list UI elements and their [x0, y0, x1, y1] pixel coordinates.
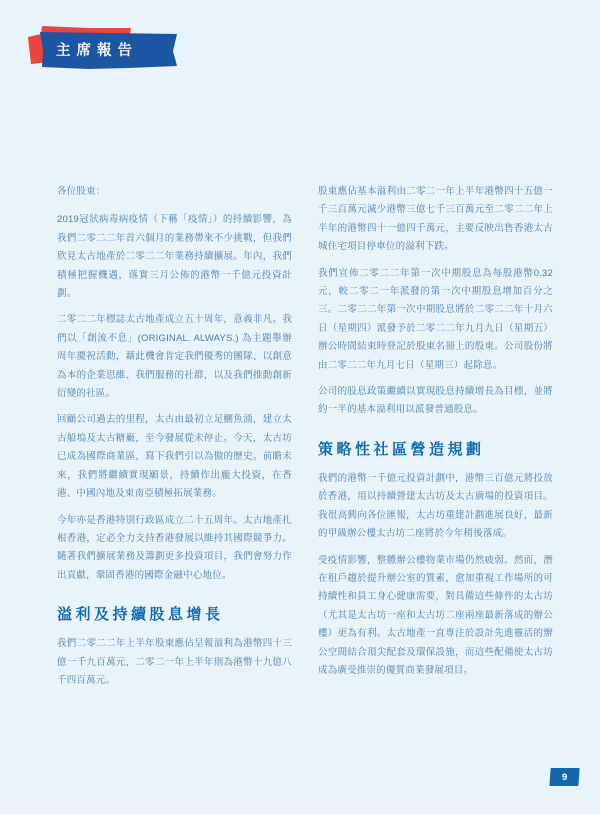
left-column: 各位股東： 2019冠狀病毒病疫情（下稱「疫情」）的持續影響，為我們二零二二年首… [57, 183, 292, 698]
body-columns: 各位股東： 2019冠狀病毒病疫情（下稱「疫情」）的持續影響，為我們二零二二年首… [57, 183, 554, 698]
right-column: 股東應佔基本溢利由二零二一年上半年港幣四十五億一千三百萬元減少港幣三億七千三百萬… [318, 183, 553, 698]
page-number-badge: 9 [549, 768, 579, 786]
paragraph: 今年亦是香港特別行政區成立二十五周年。太古地產扎根香港，定必全力支持香港發展以維… [57, 512, 292, 586]
paragraph: 我們二零二二年上半年股東應佔呈報溢利為港幣四十三億一千九百萬元，二零二一年上半年… [57, 635, 292, 690]
paragraph: 我們的港幣一千億元投資計劃中，港幣三百億元將投放於香港，用以持續營建太古坊及太古… [318, 470, 553, 544]
paragraph: 公司的股息政策繼續以實現股息持續增長為目標，並將約一半的基本溢利用以派發普通股息… [318, 383, 553, 420]
paragraph: 受疫情影響，整體辦公樓物業市場仍然疲弱。然而，潛在租戶趨於提升辦公室的質素，愈加… [318, 552, 553, 681]
page-title: 主席報告 [56, 39, 176, 60]
page-number: 9 [562, 772, 567, 783]
brush-stroke-graphic [28, 22, 198, 112]
chairman-report-badge: 主席報告 [28, 22, 198, 112]
paragraph: 股東應佔基本溢利由二零二一年上半年港幣四十五億一千三百萬元減少港幣三億七千三百萬… [318, 183, 553, 257]
report-page: 主席報告 各位股東： 2019冠狀病毒病疫情（下稱「疫情」）的持續影響，為我們二… [0, 0, 600, 814]
section-heading-placemaking: 策略性社區營造規劃 [318, 440, 553, 460]
paragraph: 回顧公司過去的里程，太古由最初立足鰂魚涌，建立太古船塢及太古糖廠，至今發展從未停… [57, 411, 292, 503]
paragraph: 2019冠狀病毒病疫情（下稱「疫情」）的持續影響，為我們二零二二年首六個月的業務… [57, 211, 292, 303]
paragraph: 二零二二年標誌太古地產成立五十周年，意義非凡。我們以「創流不息」(ORIGINA… [57, 311, 292, 403]
salutation: 各位股東： [57, 183, 292, 201]
section-heading-profit-dividend: 溢利及持續股息增長 [57, 605, 292, 625]
paragraph: 我們宣佈二零二二年第一次中期股息為每股港幣0.32元，較二零二一年派發的第一次中… [318, 265, 553, 375]
